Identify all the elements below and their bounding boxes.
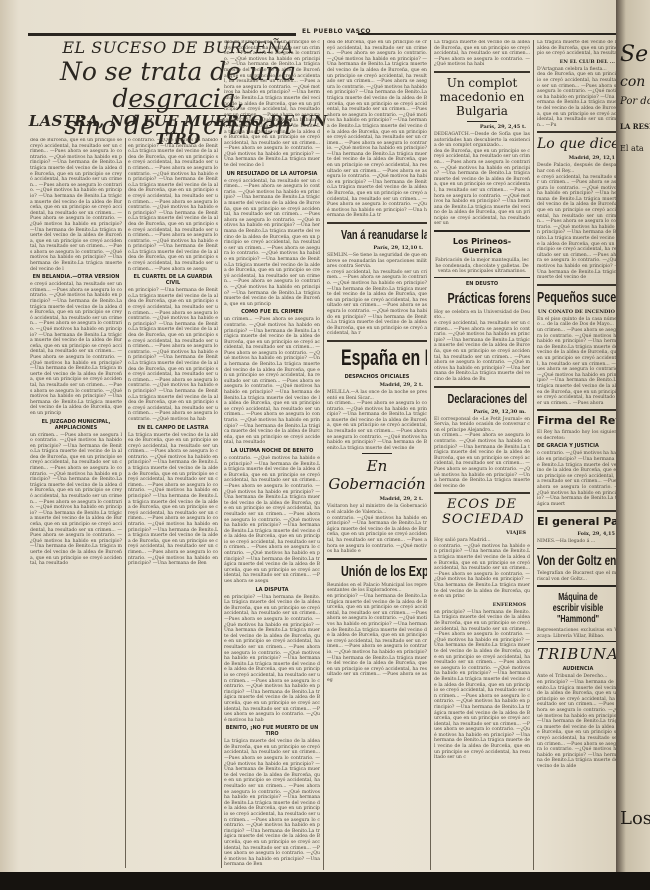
divider <box>537 548 619 549</box>
article-body: e creyó accidental, ha resultado ser un … <box>30 282 122 416</box>
section-head: LA DISPUTA <box>224 587 320 593</box>
ad-headline: Los Pirineos-Guernica <box>434 237 530 255</box>
divider <box>434 71 530 73</box>
story-lead: Desde Palacio, después de despachar con … <box>537 163 619 174</box>
section-head: LA ULTIMA NOCHE DE BENITO <box>224 448 320 454</box>
article-body: e creyó accidental, ha resultado ser un … <box>434 321 530 383</box>
facing-page: Se con Por doc LA RESIST El ata Los h <box>616 0 650 880</box>
section-head: COMO FUE EL CRIMEN <box>224 309 320 315</box>
story-subhead: AUDIENCIA <box>537 666 619 672</box>
article-body: La trágica muerte del vecino de la aldea… <box>128 433 218 567</box>
story-lead: En el piso quinto de la casa número ... … <box>537 317 619 328</box>
facing-fragment: Por doc <box>620 96 650 107</box>
story-headline: Lo que dice el presidente <box>537 136 619 152</box>
story-lead: El Rey ha firmado hoy los siguientes dec… <box>537 430 619 441</box>
facing-fragment: con <box>620 74 645 90</box>
section-head: EL JUZGADO MUNICIPAL, AMPLIACIONES <box>30 419 122 431</box>
article-body: dea de Burceña, que en un principio se c… <box>537 72 619 128</box>
story-lead: DEDEAGATCH.—Desde de Sofía que las autor… <box>434 132 530 149</box>
column-2b: dea de Burceña, que en un principio se c… <box>224 40 320 872</box>
story-headline: El general Pau <box>537 515 619 528</box>
column-4: La trágica muerte del vecino de la aldea… <box>434 40 530 872</box>
section-head: ENFERMOS <box>434 602 526 608</box>
article-body: o contrario. —¿Qué motivos ha habido en … <box>327 516 427 555</box>
story-headline: Pequeños sucesos <box>537 289 596 306</box>
column-rule <box>221 138 222 868</box>
facing-fragment: El ata <box>620 144 644 153</box>
facing-fragment: Se <box>620 42 648 67</box>
story-lead: Visitaron hoy al ministro de la Gobernac… <box>327 504 427 515</box>
section-head: EN EL CAMPO DE LASTRA <box>128 425 218 431</box>
divider <box>537 131 619 133</box>
article-body: e creyó accidental, ha resultado ser un … <box>224 179 320 308</box>
article-body: o contrario. —¿Qué motivos ha habido en … <box>434 544 530 600</box>
article-body: o contrario. —¿Qué motivos ha habido en … <box>537 451 619 507</box>
story-subhead: UN CONATO DE INCENDIO <box>537 309 615 315</box>
article-body: un crimen... —Pues ahora se asegura lo c… <box>537 328 619 406</box>
column-5: La trágica muerte del vecino de la aldea… <box>537 40 619 872</box>
ad-body: Representaciones exclusivas en Vizcaya: … <box>537 628 619 639</box>
story-lead: El corresponsal de «Le Petit Journal» en… <box>434 417 530 434</box>
dateline: Madrid, 29, 2 t. <box>327 382 423 388</box>
article-body: dea de Burceña, que en un principio se c… <box>327 40 427 219</box>
article-body: La trágica muerte del vecino de la aldea… <box>434 40 530 68</box>
column-rule <box>533 40 534 870</box>
story-subhead: DE GRACIA Y JUSTICIA <box>537 443 619 449</box>
column-rule <box>125 138 126 868</box>
story-lead: Hoy se celebra en la Universidad de Deus… <box>434 310 530 321</box>
section-head: BENITO, ¡NO FUE MUERTO DE UN TIRO <box>224 725 320 737</box>
ad-headline: Máquina de escribir visible "Hammond" <box>548 592 607 625</box>
section-head: EN BELANDIA.—OTRA VERSION <box>30 274 122 280</box>
article-body: La trágica muerte del vecino de la aldea… <box>224 739 320 868</box>
story-headline: Declaraciones del Príncipe Alejandro de … <box>447 391 516 406</box>
divider <box>362 453 392 454</box>
story-headline: Firma del Rey <box>537 414 619 427</box>
article-body: en principio? —Una hermana de Benito.La … <box>327 594 427 684</box>
divider <box>327 222 427 224</box>
divider <box>327 340 427 342</box>
section-head: EL CUARTEL DE LA GUARDIA CIVIL <box>128 274 218 286</box>
story-headline: Un complot macedonio en Bulgaria <box>434 76 530 118</box>
facing-fragment: Los h <box>620 808 650 829</box>
story-lead: Reunidos en el Palacio Municipal los rep… <box>327 583 427 594</box>
article-body: un crimen... —Pues ahora se asegura lo c… <box>224 317 320 446</box>
divider <box>537 284 619 286</box>
story-headline: España en Marruecos <box>341 345 413 371</box>
scan-edge <box>0 872 650 890</box>
column-3: dea de Burceña, que en un principio se c… <box>327 40 427 872</box>
divider <box>434 492 530 494</box>
section-head: UN RESULTADO DE LA AUTOPSIA <box>224 171 320 177</box>
story-lead: Telegrafían de Bucarest que el mariscal … <box>537 571 619 582</box>
column-rule <box>323 40 324 870</box>
dateline: París, 29, 2,45 t. <box>434 124 526 130</box>
facing-fragment: LA RESIST <box>620 122 650 131</box>
story-lead: NIMES.—Ha llegado á ... <box>537 539 619 545</box>
divider <box>537 510 619 512</box>
article-body: en principio? —Una hermana de Benito.La … <box>537 680 619 770</box>
story-lead: MELILLA.—A las once de la noche se prese… <box>327 390 427 401</box>
article-body: un crimen... —Pues ahora se asegura lo c… <box>434 433 530 489</box>
divider <box>327 558 427 560</box>
newspaper-page: EL PUEBLO VASCO EL SUCESO DE BURCEÑA No … <box>0 0 626 878</box>
story-subhead: EN DEUSTO <box>434 281 530 287</box>
article-body: en principio? —Una hermana de Benito.La … <box>434 610 530 761</box>
article-body: dea de Burceña, que en un principio se c… <box>434 149 530 227</box>
article-body: e creyó accidental, ha resultado ser un … <box>537 175 619 281</box>
article-body: en principio? —Una hermana de Benito.La … <box>224 595 320 724</box>
article-body: dea de Burceña, que en un principio se c… <box>224 40 320 169</box>
article-body: en principio? —Una hermana de Benito.La … <box>128 288 218 422</box>
story-headline: En Gobernación <box>327 457 427 493</box>
divider <box>537 409 619 411</box>
headline-underline <box>128 108 224 109</box>
article-body: un crimen... —Pues ahora se asegura lo c… <box>30 433 122 567</box>
dateline: Madrid, 29, 2 t. <box>327 496 423 502</box>
story-subhead: VIAJES <box>434 530 526 536</box>
column-2: o contrario. —¿Qué motivos ha habido en … <box>128 138 218 872</box>
story-headline: Van á reanudarse las operaciones contra … <box>341 227 413 242</box>
header-rule <box>28 33 296 36</box>
advertisement: Los Pirineos-Guernica Fabricación de la … <box>434 230 530 278</box>
ad-body: Fabricación de la mejor mantequilla, lec… <box>434 258 530 275</box>
article-body: La trágica muerte del vecino de la aldea… <box>537 40 619 57</box>
story-subhead: DESPACHOS OFICIALES <box>327 374 427 380</box>
column-rule <box>430 40 431 870</box>
article-body: o contrario. —¿Qué motivos ha habido en … <box>128 138 218 272</box>
story-headline: TRIBUNALES <box>537 645 619 663</box>
story-subhead: EN EL CLUB DEL ... <box>537 59 615 65</box>
story-lead: SEMLIN.—Se tiene la seguridad de que en … <box>327 253 427 270</box>
divider <box>434 386 530 388</box>
header-rule <box>358 33 616 35</box>
story-headline: ECOS DE SOCIEDAD <box>434 497 530 527</box>
article-body: un crimen... —Pues ahora se asegura lo c… <box>327 401 427 451</box>
article-body: e creyó accidental, ha resultado ser un … <box>327 270 427 337</box>
divider <box>467 121 497 122</box>
story-headline: Von der Goltz en Rumanía <box>537 552 596 568</box>
dateline: Foix, 29, 4,15 <box>537 531 615 537</box>
story-headline: Unión de los Exploradores <box>341 563 413 580</box>
advertisement: Máquina de escribir visible "Hammond" Re… <box>537 585 619 642</box>
article-body: dea de Burceña, que en un principio se c… <box>30 138 122 272</box>
dateline: París, 29, 12,10 t. <box>327 245 423 251</box>
dateline: Madrid, 29, 12,1 <box>537 155 615 161</box>
dateline: París, 29, 12,30 m. <box>434 409 526 415</box>
article-body: o contrario. —¿Qué motivos ha habido en … <box>224 456 320 585</box>
column-1: dea de Burceña, que en un principio se c… <box>30 138 122 872</box>
story-headline: Prácticas forenses <box>447 290 516 307</box>
